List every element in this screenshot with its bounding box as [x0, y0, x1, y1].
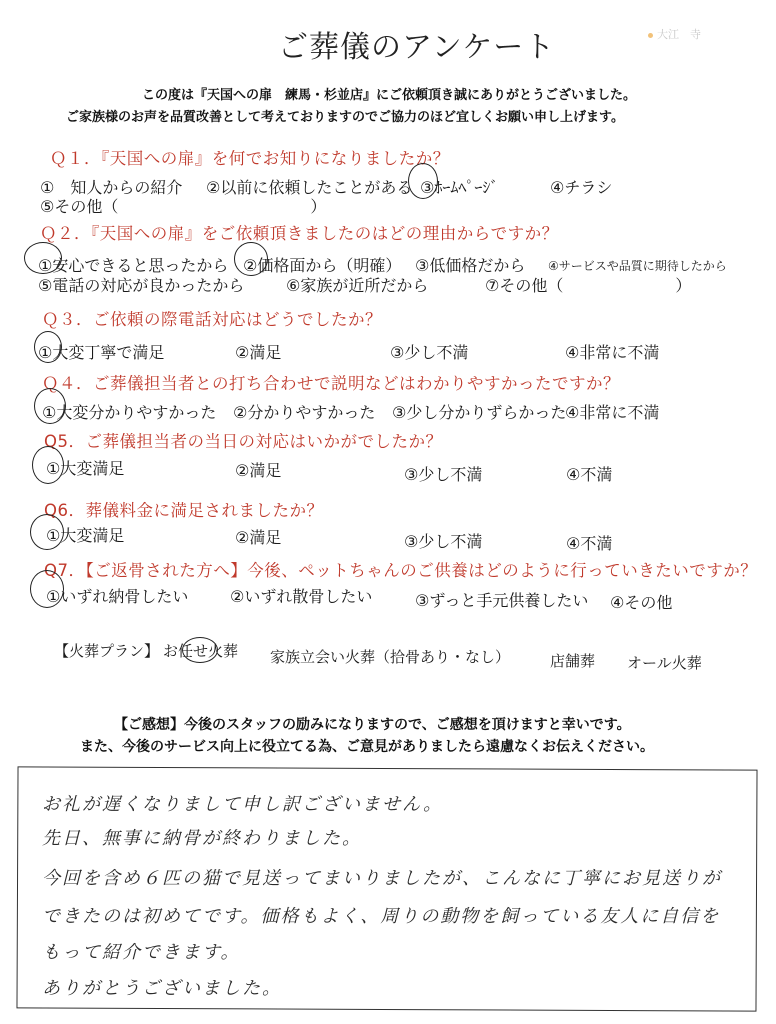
q3-option-3[interactable]: ③少し不満: [390, 340, 468, 363]
q3-option-4[interactable]: ④非常に不満: [565, 340, 659, 363]
question-3-label: Ｑ３．ご依頼の際電話対応はどうでしたか？: [42, 306, 382, 330]
q4-option-1[interactable]: ①大変分かりやすかった: [42, 400, 216, 423]
intro-line-2: ご家族様のお声を品質改善として考えておりますのでご協力のほど宜しくお願い申し上げ…: [66, 106, 624, 125]
q4-option-3[interactable]: ③少し分かりずらかった: [392, 400, 566, 423]
plan-option-store[interactable]: 店舗葬: [550, 650, 595, 671]
question-6-label: Q6．葬儀料金に満足されましたか？: [44, 497, 324, 521]
comment-line-4: できたのは初めてです。価格もよく、周りの動物を飼っている友人に自信を: [42, 902, 720, 928]
plan-option-family[interactable]: 家族立会い火葬（拾骨あり・なし）: [270, 646, 510, 667]
selection-circle-mark: [408, 163, 438, 199]
q1-option-4[interactable]: ④チラシ: [550, 175, 612, 198]
plan-label: 【火葬プラン】: [54, 640, 159, 661]
selection-circle-mark: [182, 637, 218, 663]
page-title: ご葬儀のアンケート: [278, 22, 555, 66]
selection-circle-mark: [24, 242, 62, 274]
q1-option-5[interactable]: ⑤その他（ ）: [40, 194, 326, 217]
question-1-label: Ｑ１．『天国への扉』を何でお知りになりましたか？: [50, 145, 450, 169]
q2-option-5[interactable]: ⑤電話の対応が良かったから: [38, 273, 244, 296]
comment-line-6: ありがとうございました。: [42, 974, 282, 1000]
q2-option-6[interactable]: ⑥家族が近所だから: [286, 273, 428, 296]
q7-option-4[interactable]: ④その他: [610, 590, 672, 613]
intro-line-1: この度は『天国への扉 練馬・杉並店』にご依頼頂き誠にありがとうございました。: [142, 84, 636, 103]
comments-heading-1: 【ご感想】今後のスタッフの励みになりますので、ご感想を頂けますと幸いです。: [114, 714, 631, 734]
plan-option-all[interactable]: オール火葬: [627, 652, 702, 673]
selection-circle-mark: [32, 446, 64, 484]
selection-circle-mark: [30, 514, 64, 550]
comment-line-1: お礼が遅くなりまして申し訳ございません。: [42, 790, 443, 816]
logo: 大江 寺: [648, 26, 701, 42]
selection-circle-mark: [34, 388, 66, 424]
q5-option-4[interactable]: ④不満: [566, 462, 612, 485]
q2-option-4[interactable]: ④サービスや品質に期待したから: [548, 257, 727, 274]
selection-circle-mark: [30, 570, 64, 608]
selection-circle-mark: [234, 242, 268, 276]
q6-option-2[interactable]: ②満足: [235, 525, 281, 548]
comment-line-2: 先日、無事に納骨が終わりました。: [42, 824, 362, 850]
q4-option-4[interactable]: ④非常に不満: [565, 400, 659, 423]
question-5-label: Q5．ご葬儀担当者の当日の対応はいかがでしたか？: [44, 428, 443, 452]
logo-icon: [648, 33, 653, 38]
q2-option-7[interactable]: ⑦その他（ ）: [485, 273, 691, 296]
comment-line-5: もって紹介できます。: [42, 938, 241, 964]
q3-option-2[interactable]: ②満足: [235, 340, 281, 363]
q7-option-1[interactable]: ①いずれ納骨したい: [46, 584, 188, 607]
q6-option-4[interactable]: ④不満: [566, 531, 612, 554]
comment-line-3: 今回を含め６匹の猫で見送ってまいりましたが、こんなに丁寧にお見送りが: [42, 864, 722, 890]
comments-heading-2: また、今後のサービス向上に役立てる為、ご意見がありましたら遠慮なくお伝えください…: [80, 736, 654, 756]
q7-option-3[interactable]: ③ずっと手元供養したい: [415, 588, 588, 611]
question-4-label: Ｑ４．ご葬儀担当者との打ち合わせで説明などはわかりやすかったですか？: [42, 370, 620, 394]
question-7-label: Q7．【ご返骨された方へ】今後、ペットちゃんのご供養はどのように行っていきたいで…: [44, 557, 757, 581]
question-2-label: Ｑ２．『天国への扉』をご依頼頂きましたのはどの理由からですか？: [40, 220, 559, 244]
q5-option-3[interactable]: ③少し不満: [404, 462, 482, 485]
q6-option-3[interactable]: ③少し不満: [404, 529, 482, 552]
selection-circle-mark: [34, 331, 62, 363]
logo-text: 大江 寺: [657, 28, 701, 41]
q7-option-2[interactable]: ②いずれ散骨したい: [230, 584, 372, 607]
q5-option-2[interactable]: ②満足: [235, 458, 281, 481]
q4-option-2[interactable]: ②分かりやすかった: [233, 400, 375, 423]
